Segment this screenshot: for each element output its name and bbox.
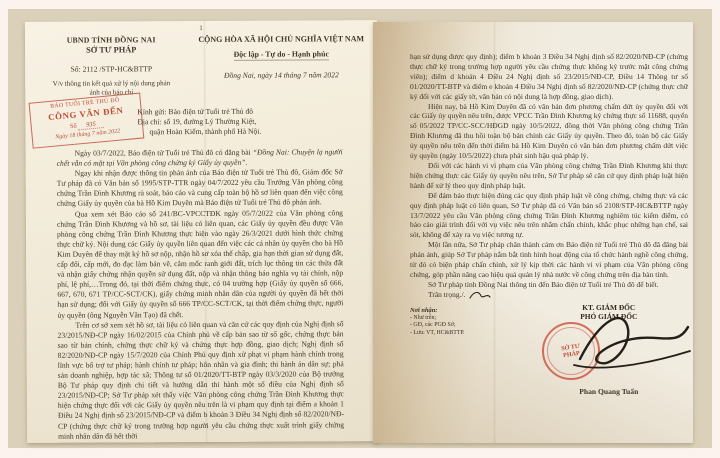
paragraph-3: Qua xem xét Báo cáo số 241/BC-VPCCTĐK ng… xyxy=(57,208,344,321)
paragraph-9: Một lần nữa, Sở Tư pháp chân thành cảm ơ… xyxy=(410,240,688,280)
stamp-number-label: Số xyxy=(70,123,77,131)
place-and-date: Đồng Nai, ngày 14 tháng 7 năm 2022 xyxy=(190,70,374,80)
paragraph-8: Để đảm bảo thực hiện đúng các quy định p… xyxy=(410,191,688,241)
issuer-dept: SỞ TƯ PHÁP xyxy=(33,45,189,55)
document-page-1: 1 UBND TỈNH ĐỒNG NAI SỞ TƯ PHÁP Số: 2112… xyxy=(25,20,379,443)
paragraph-6: Hiện nay, bà Hồ Kim Duyên đã có văn bản … xyxy=(410,102,688,161)
paragraph-10: Sở Tư pháp tỉnh Đồng Nai thông tin đến B… xyxy=(410,280,688,290)
paragraph-4: Trên cơ sở xem xét hồ sơ, tài liệu có li… xyxy=(57,319,344,442)
letter-body-page1: Ngày 03/7/2022, Báo điện tử Tuổi trẻ Thủ… xyxy=(57,147,345,441)
signer-block: KT. GIÁM ĐỐC PHÓ GIÁM ĐỐC SỞ TƯ PHÁP Pha… xyxy=(530,303,688,399)
paragraph-7: Đối với các hành vi vi phạm của Văn phòn… xyxy=(410,161,688,191)
letter-body-page2: hạn sử dụng được quy định); điểm b khoản… xyxy=(410,52,688,399)
issuer-org: UBND TỈNH ĐỒNG NAI xyxy=(33,35,189,45)
recipients-list-item: - Lưu: VT, HC&BTTP. xyxy=(410,330,530,338)
national-header-block: CỘNG HÒA XÃ HỘI CHỦ NGHĨA VIỆT NAM Độc l… xyxy=(189,34,373,96)
paragraph-1: Ngày 03/7/2022, Báo điện tử Tuổi trẻ Thủ… xyxy=(57,147,343,169)
paragraph-2: Ngay khi nhận được thông tin phản ánh củ… xyxy=(57,167,343,209)
recipient-block: Kính gửi: Báo điện tử Tuổi trẻ Thủ đô Đị… xyxy=(137,107,261,137)
recipient-line2: Địa chỉ: số 19, đường Lý Thường Kiệt, xyxy=(137,116,261,126)
recipients-list-item: - Như trên; xyxy=(410,315,530,323)
national-title: CỘNG HÒA XÃ HỘI CHỦ NGHĨA VIỆT NAM xyxy=(189,34,373,44)
document-page-2: hạn sử dụng được quy định); điểm b khoản… xyxy=(373,22,693,443)
issuer-block: UBND TỈNH ĐỒNG NAI SỞ TƯ PHÁP Số: 2112 /… xyxy=(33,35,190,97)
closing-text: Trân trọng./. xyxy=(428,290,465,299)
stamp-number-handwritten: 935 xyxy=(78,120,104,130)
recipients-list-item: - GĐ, các PGĐ Sở; xyxy=(410,322,530,330)
paragraph-5: hạn sử dụng được quy định); điểm b khoản… xyxy=(410,52,688,102)
recipients-list-block: Nơi nhận: - Như trên; - GĐ, các PGĐ Sở; … xyxy=(410,303,530,399)
national-motto: Độc lập - Tự do - Hạnh phúc xyxy=(234,49,329,60)
document-number: Số: 2112 /STP-HC&BTTP xyxy=(33,64,189,74)
signer-name: Phan Quang Tuấn xyxy=(530,387,688,397)
closing-line: Trân trọng./. xyxy=(410,290,688,300)
recipients-list-label: Nơi nhận: xyxy=(410,307,530,315)
subject-line1: V/v thông tin kết quả xử lý nội dung xyxy=(53,79,155,88)
incoming-mail-stamp: BÁO TUỔI TRẺ THỦ ĐÔ CÔNG VĂN ĐẾN Số 935 … xyxy=(29,93,145,149)
paragraph-1-lead: Ngày 03/7/2022, Báo điện tử Tuổi trẻ Thủ… xyxy=(75,148,253,158)
handwritten-signature xyxy=(566,301,693,381)
signature-section: Nơi nhận: - Như trên; - GĐ, các PGĐ Sở; … xyxy=(410,303,688,399)
handwritten-initial xyxy=(469,290,491,300)
recipient-line1: Kính gửi: Báo điện tử Tuổi trẻ Thủ đô xyxy=(137,107,261,117)
recipient-line3: quận Hoàn Kiếm, thành phố Hà Nội. xyxy=(137,126,261,136)
